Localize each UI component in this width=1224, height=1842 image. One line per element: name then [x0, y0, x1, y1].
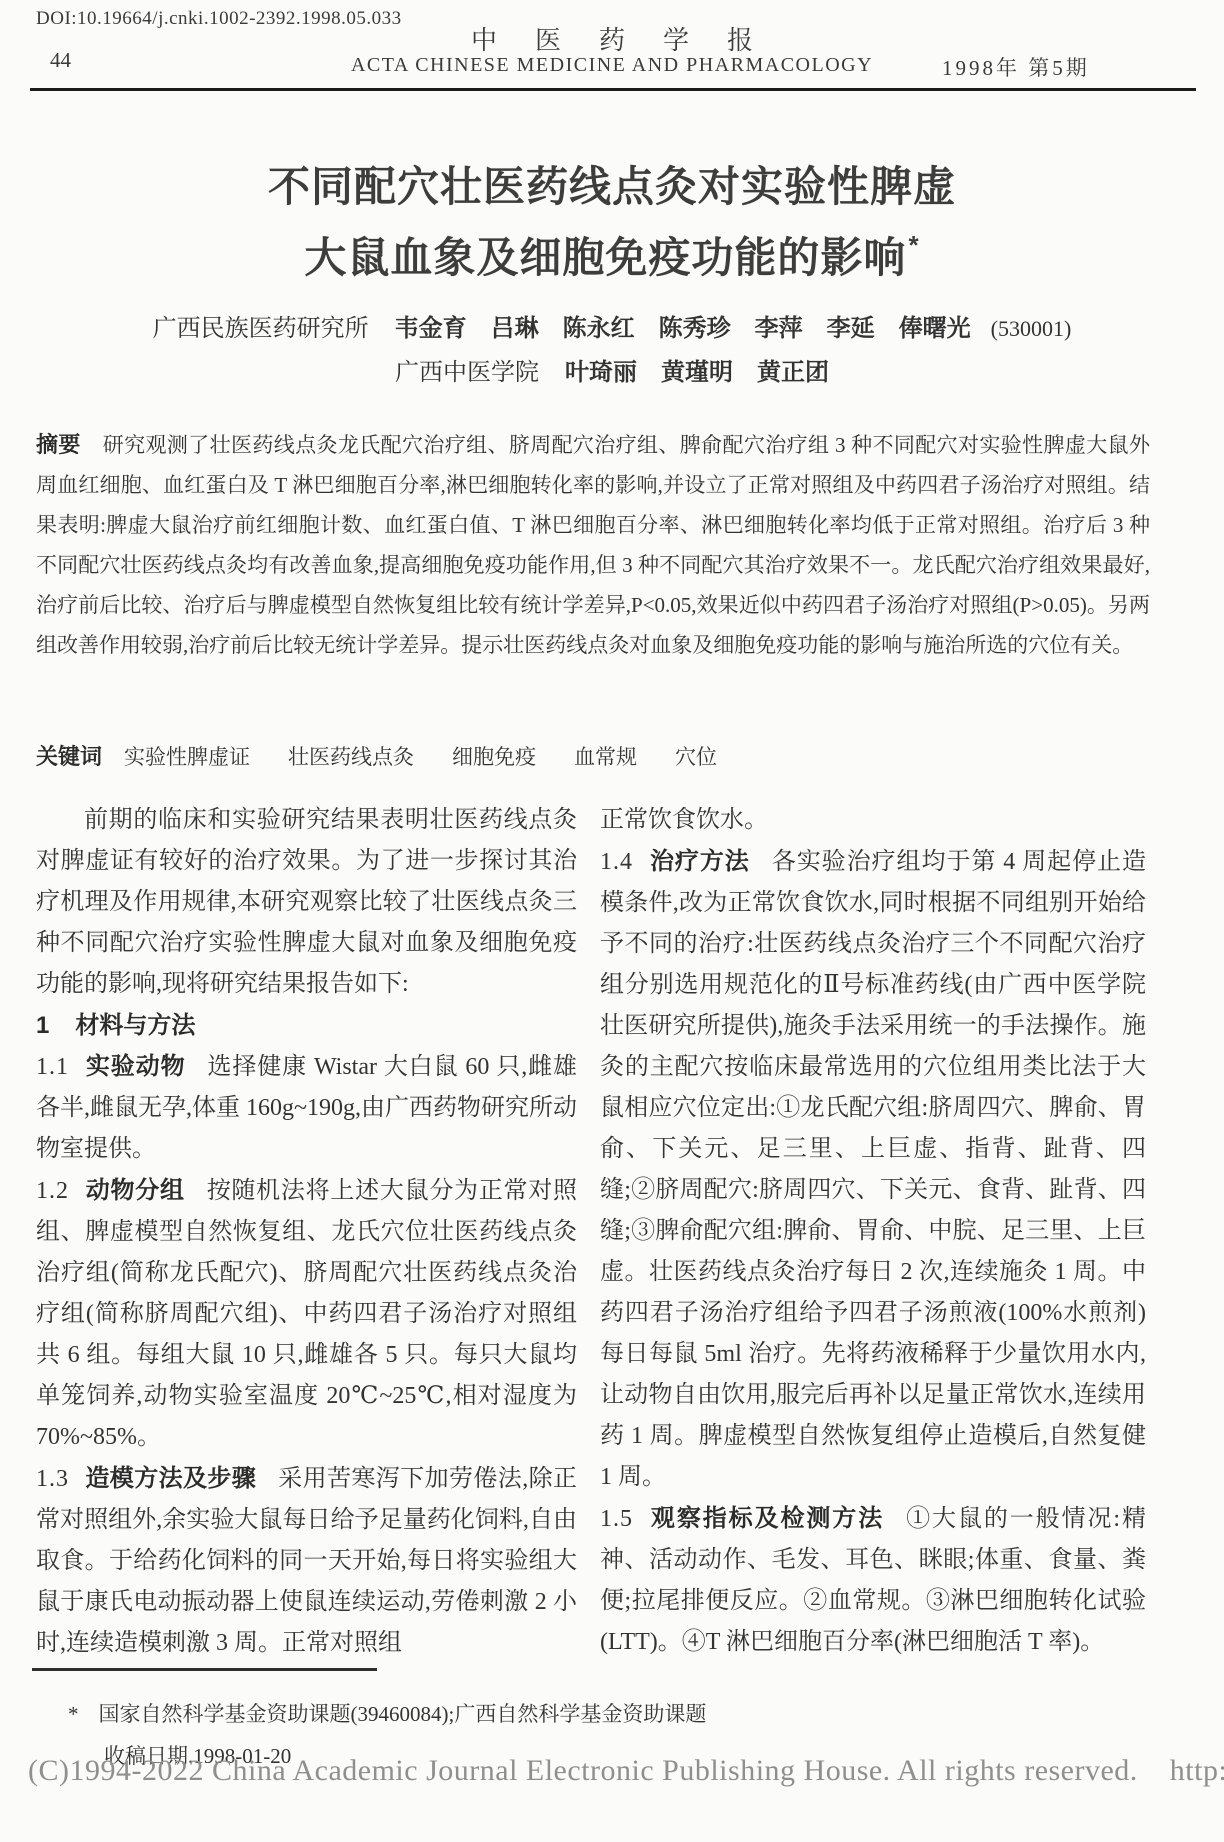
header-divider	[30, 88, 1196, 91]
funding-text: 国家自然科学基金资助课题(39460084);广西自然科学基金资助课题	[99, 1702, 707, 1726]
keyword: 细胞免疫	[452, 745, 536, 769]
section-1-1-heading: 实验动物	[85, 1053, 185, 1080]
section-1-2: 1.2动物分组按随机法将上述大鼠分为正常对照组、脾虚模型自然恢复组、龙氏穴位壮医…	[36, 1170, 577, 1458]
affiliation-1: 广西民族医药研究所	[153, 316, 369, 342]
section-1-1: 1.1实验动物选择健康 Wistar 大白鼠 60 只,雌雄各半,雌鼠无孕,体重…	[36, 1046, 577, 1170]
section-1-3-number: 1.3	[36, 1466, 69, 1492]
section-1-5: 1.5观察指标及检测方法①大鼠的一般情况:精神、活动动作、毛发、耳色、眯眼;体重…	[600, 1498, 1146, 1663]
issue-info: 1998年 第5期	[942, 52, 1090, 82]
keyword: 壮医药线点灸	[288, 745, 414, 769]
footnote-marker: *	[68, 1702, 79, 1726]
section-1-number: 1	[36, 1012, 49, 1039]
abstract: 摘要研究观测了壮医药线点灸龙氏配穴治疗组、脐周配穴治疗组、脾俞配穴治疗组 3 种…	[36, 425, 1150, 665]
copyright-watermark: (C)1994-2022 China Academic Journal Elec…	[28, 1754, 1224, 1788]
keyword: 穴位	[675, 745, 717, 769]
journal-page: DOI:10.19664/j.cnki.1002-2392.1998.05.03…	[0, 0, 1224, 1842]
abstract-label: 摘要	[36, 432, 81, 457]
funding-footnote: *国家自然科学基金资助课题(39460084);广西自然科学基金资助课题	[68, 1698, 1148, 1728]
authors-line1: 广西民族医药研究所韦金育 吕琳 陈永红 陈秀珍 李萍 李延 俸曙光(530001…	[0, 308, 1224, 343]
section-1-4: 1.4治疗方法各实验治疗组均于第 4 周起停止造模条件,改为正常饮食饮水,同时根…	[600, 841, 1146, 1498]
section-1-5-heading: 观察指标及检测方法	[649, 1505, 884, 1532]
section-1-2-text: 按随机法将上述大鼠分为正常对照组、脾虚模型自然恢复组、龙氏穴位壮医药线点灸治疗组…	[36, 1178, 577, 1450]
section-1-4-text: 各实验治疗组均于第 4 周起停止造模条件,改为正常饮食饮水,同时根据不同组别开始…	[600, 849, 1146, 1490]
authors-line2: 广西中医学院叶琦丽 黄瑾明 黄正团	[0, 352, 1224, 387]
section-1-3-heading: 造模方法及步骤	[85, 1465, 256, 1492]
body-column-right: 正常饮食饮水。 1.4治疗方法各实验治疗组均于第 4 周起停止造模条件,改为正常…	[600, 800, 1146, 1663]
section-1-4-heading: 治疗方法	[649, 848, 750, 875]
body-column-left: 前期的临床和实验研究结果表明壮医药线点灸对脾虚证有较好的治疗效果。为了进一步探讨…	[36, 800, 577, 1664]
author-names-1: 韦金育 吕琳 陈永红 陈秀珍 李萍 李延 俸曙光	[395, 315, 971, 342]
section-1-2-number: 1.2	[36, 1178, 69, 1204]
section-1-heading: 1材料与方法	[36, 1005, 577, 1046]
article-title-line2-text: 大鼠血象及细胞免疫功能的影响	[304, 234, 906, 281]
postcode: (530001)	[991, 316, 1072, 341]
keyword: 实验性脾虚证	[124, 745, 250, 769]
abstract-text: 研究观测了壮医药线点灸龙氏配穴治疗组、脐周配穴治疗组、脾俞配穴治疗组 3 种不同…	[36, 433, 1150, 657]
section-1-3: 1.3造模方法及步骤采用苦寒泻下加劳倦法,除正常对照组外,余实验大鼠每日给予足量…	[36, 1458, 577, 1664]
section-1-title: 材料与方法	[75, 1012, 195, 1039]
section-1-4-number: 1.4	[600, 849, 633, 875]
keywords-label: 关键词	[36, 744, 102, 769]
article-title-line2: 大鼠血象及细胞免疫功能的影响*	[0, 216, 1224, 287]
section-1-5-number: 1.5	[600, 1506, 633, 1532]
keywords-row: 关键词实验性脾虚证壮医药线点灸细胞免疫血常规穴位	[36, 740, 1150, 771]
footnote-divider	[32, 1668, 377, 1671]
title-footnote-marker: *	[908, 230, 919, 260]
intro-paragraph: 前期的临床和实验研究结果表明壮医药线点灸对脾虚证有较好的治疗效果。为了进一步探讨…	[36, 800, 577, 1005]
section-1-1-number: 1.1	[36, 1054, 69, 1080]
affiliation-2: 广西中医学院	[395, 360, 539, 386]
section-1-3-text: 采用苦寒泻下加劳倦法,除正常对照组外,余实验大鼠每日给予足量药化饲料,自由取食。…	[36, 1466, 577, 1656]
section-1-2-heading: 动物分组	[85, 1177, 185, 1204]
article-title: 不同配穴壮医药线点灸对实验性脾虚 大鼠血象及细胞免疫功能的影响*	[0, 158, 1224, 287]
author-names-2: 叶琦丽 黄瑾明 黄正团	[565, 359, 829, 386]
column-continuation-text: 正常饮食饮水。	[600, 800, 1146, 841]
keyword: 血常规	[574, 745, 637, 769]
article-title-line1: 不同配穴壮医药线点灸对实验性脾虚	[0, 158, 1224, 216]
